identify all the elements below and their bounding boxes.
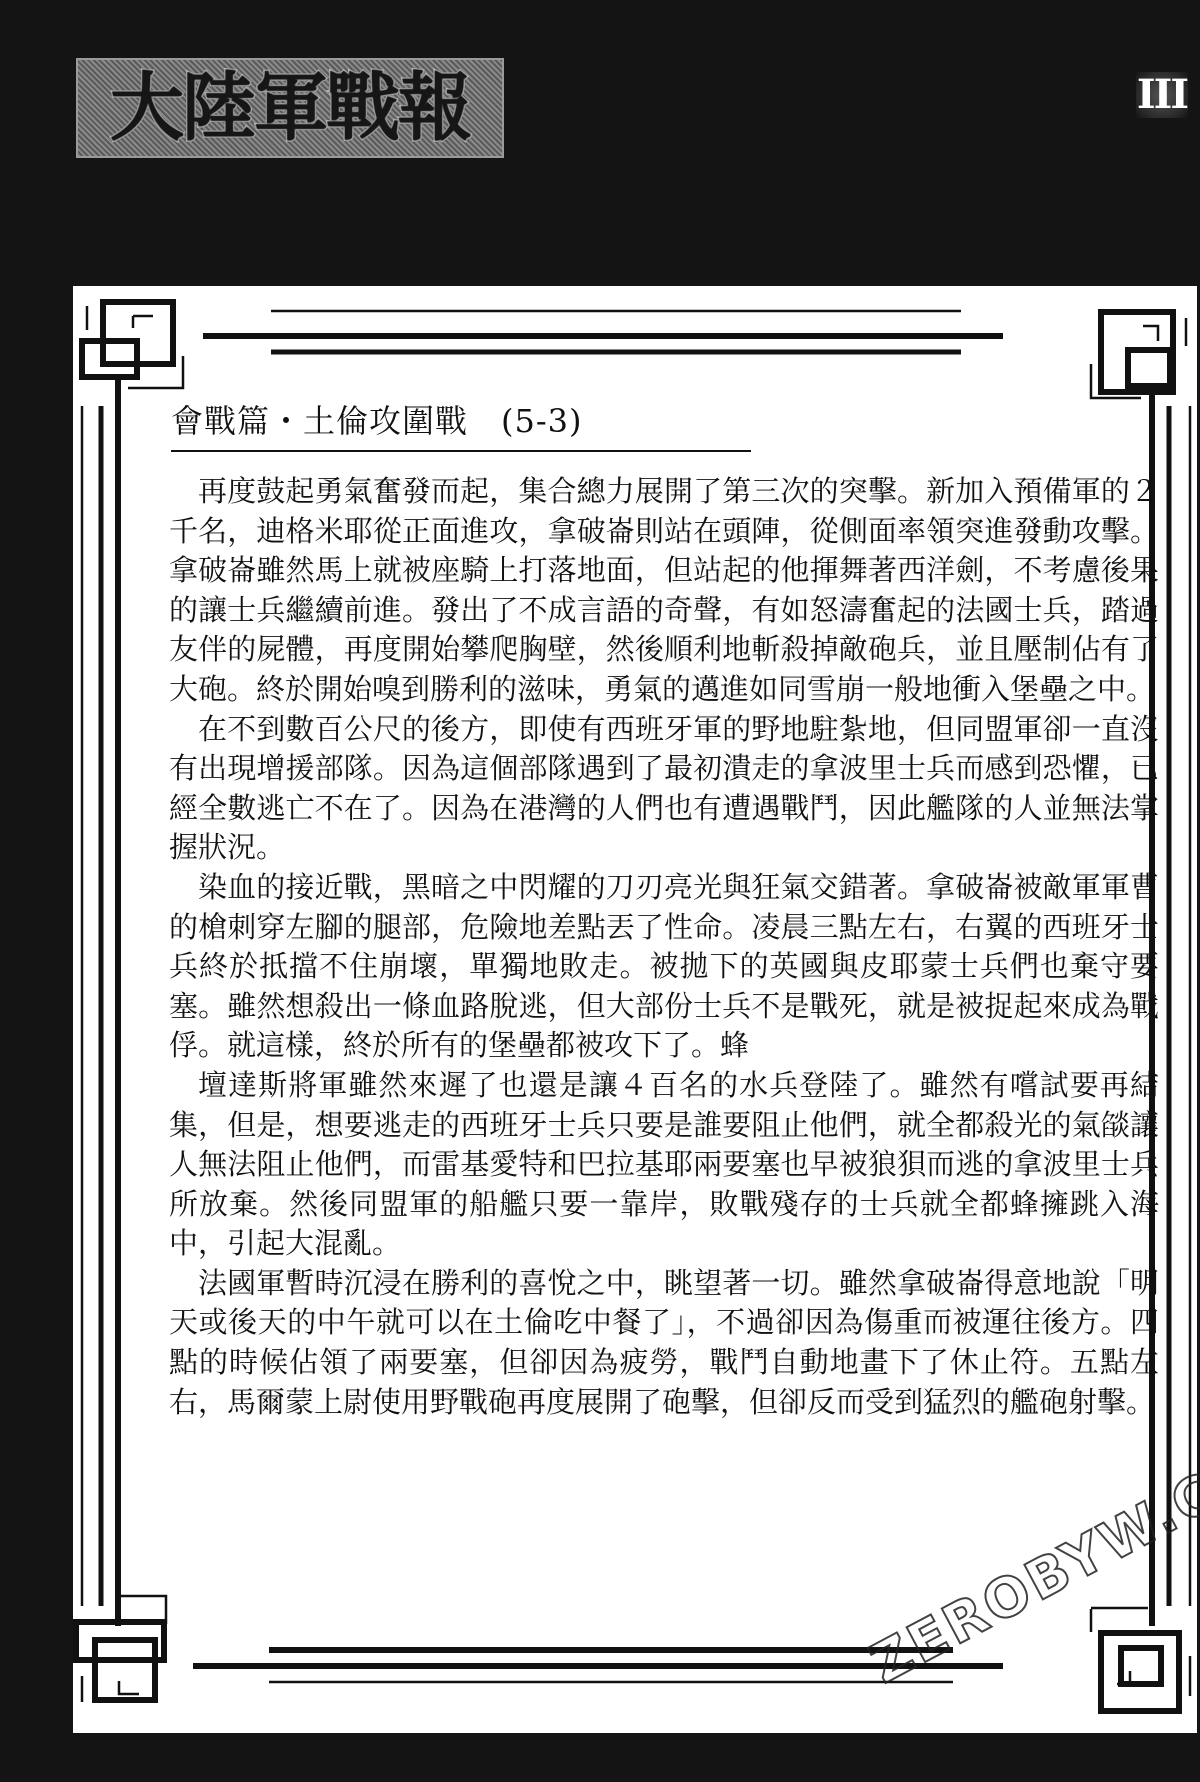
volume-number: III (1137, 75, 1187, 115)
paragraph-4: 壇達斯將軍雖然來遲了也還是讓４百名的水兵登陸了。雖然有嚐試要再結集，但是，想要逃… (169, 1066, 1159, 1264)
series-title-banner: 大陸軍戰報 (76, 58, 504, 158)
paragraph-1: 再度鼓起勇氣奮發而起，集合總力展開了第三次的突擊。新加入預備軍的２千名，迪格米耶… (169, 472, 1159, 710)
paragraph-2: 在不到數百公尺的後方，即使有西班牙軍的野地駐紮地，但同盟軍卻一直沒有出現增援部隊… (169, 710, 1159, 868)
series-title: 大陸軍戰報 (110, 71, 470, 145)
paragraph-5: 法國軍暫時沉浸在勝利的喜悅之中，眺望著一切。雖然拿破崙得意地說「明天或後天的中午… (169, 1264, 1159, 1422)
article-body: 再度鼓起勇氣奮發而起，集合總力展開了第三次的突擊。新加入預備軍的２千名，迪格米耶… (169, 472, 1159, 1422)
article-heading: 會戰篇・土倫攻圍戰 (5-3) (171, 398, 751, 452)
volume-badge: III (1136, 72, 1188, 118)
paragraph-3: 染血的接近戰，黑暗之中閃耀的刀刃亮光與狂氣交錯著。拿破崙被敵軍軍曹的槍刺穿左腳的… (169, 868, 1159, 1066)
article-panel: 會戰篇・土倫攻圍戰 (5-3) 再度鼓起勇氣奮發而起，集合總力展開了第三次的突擊… (73, 286, 1197, 1733)
